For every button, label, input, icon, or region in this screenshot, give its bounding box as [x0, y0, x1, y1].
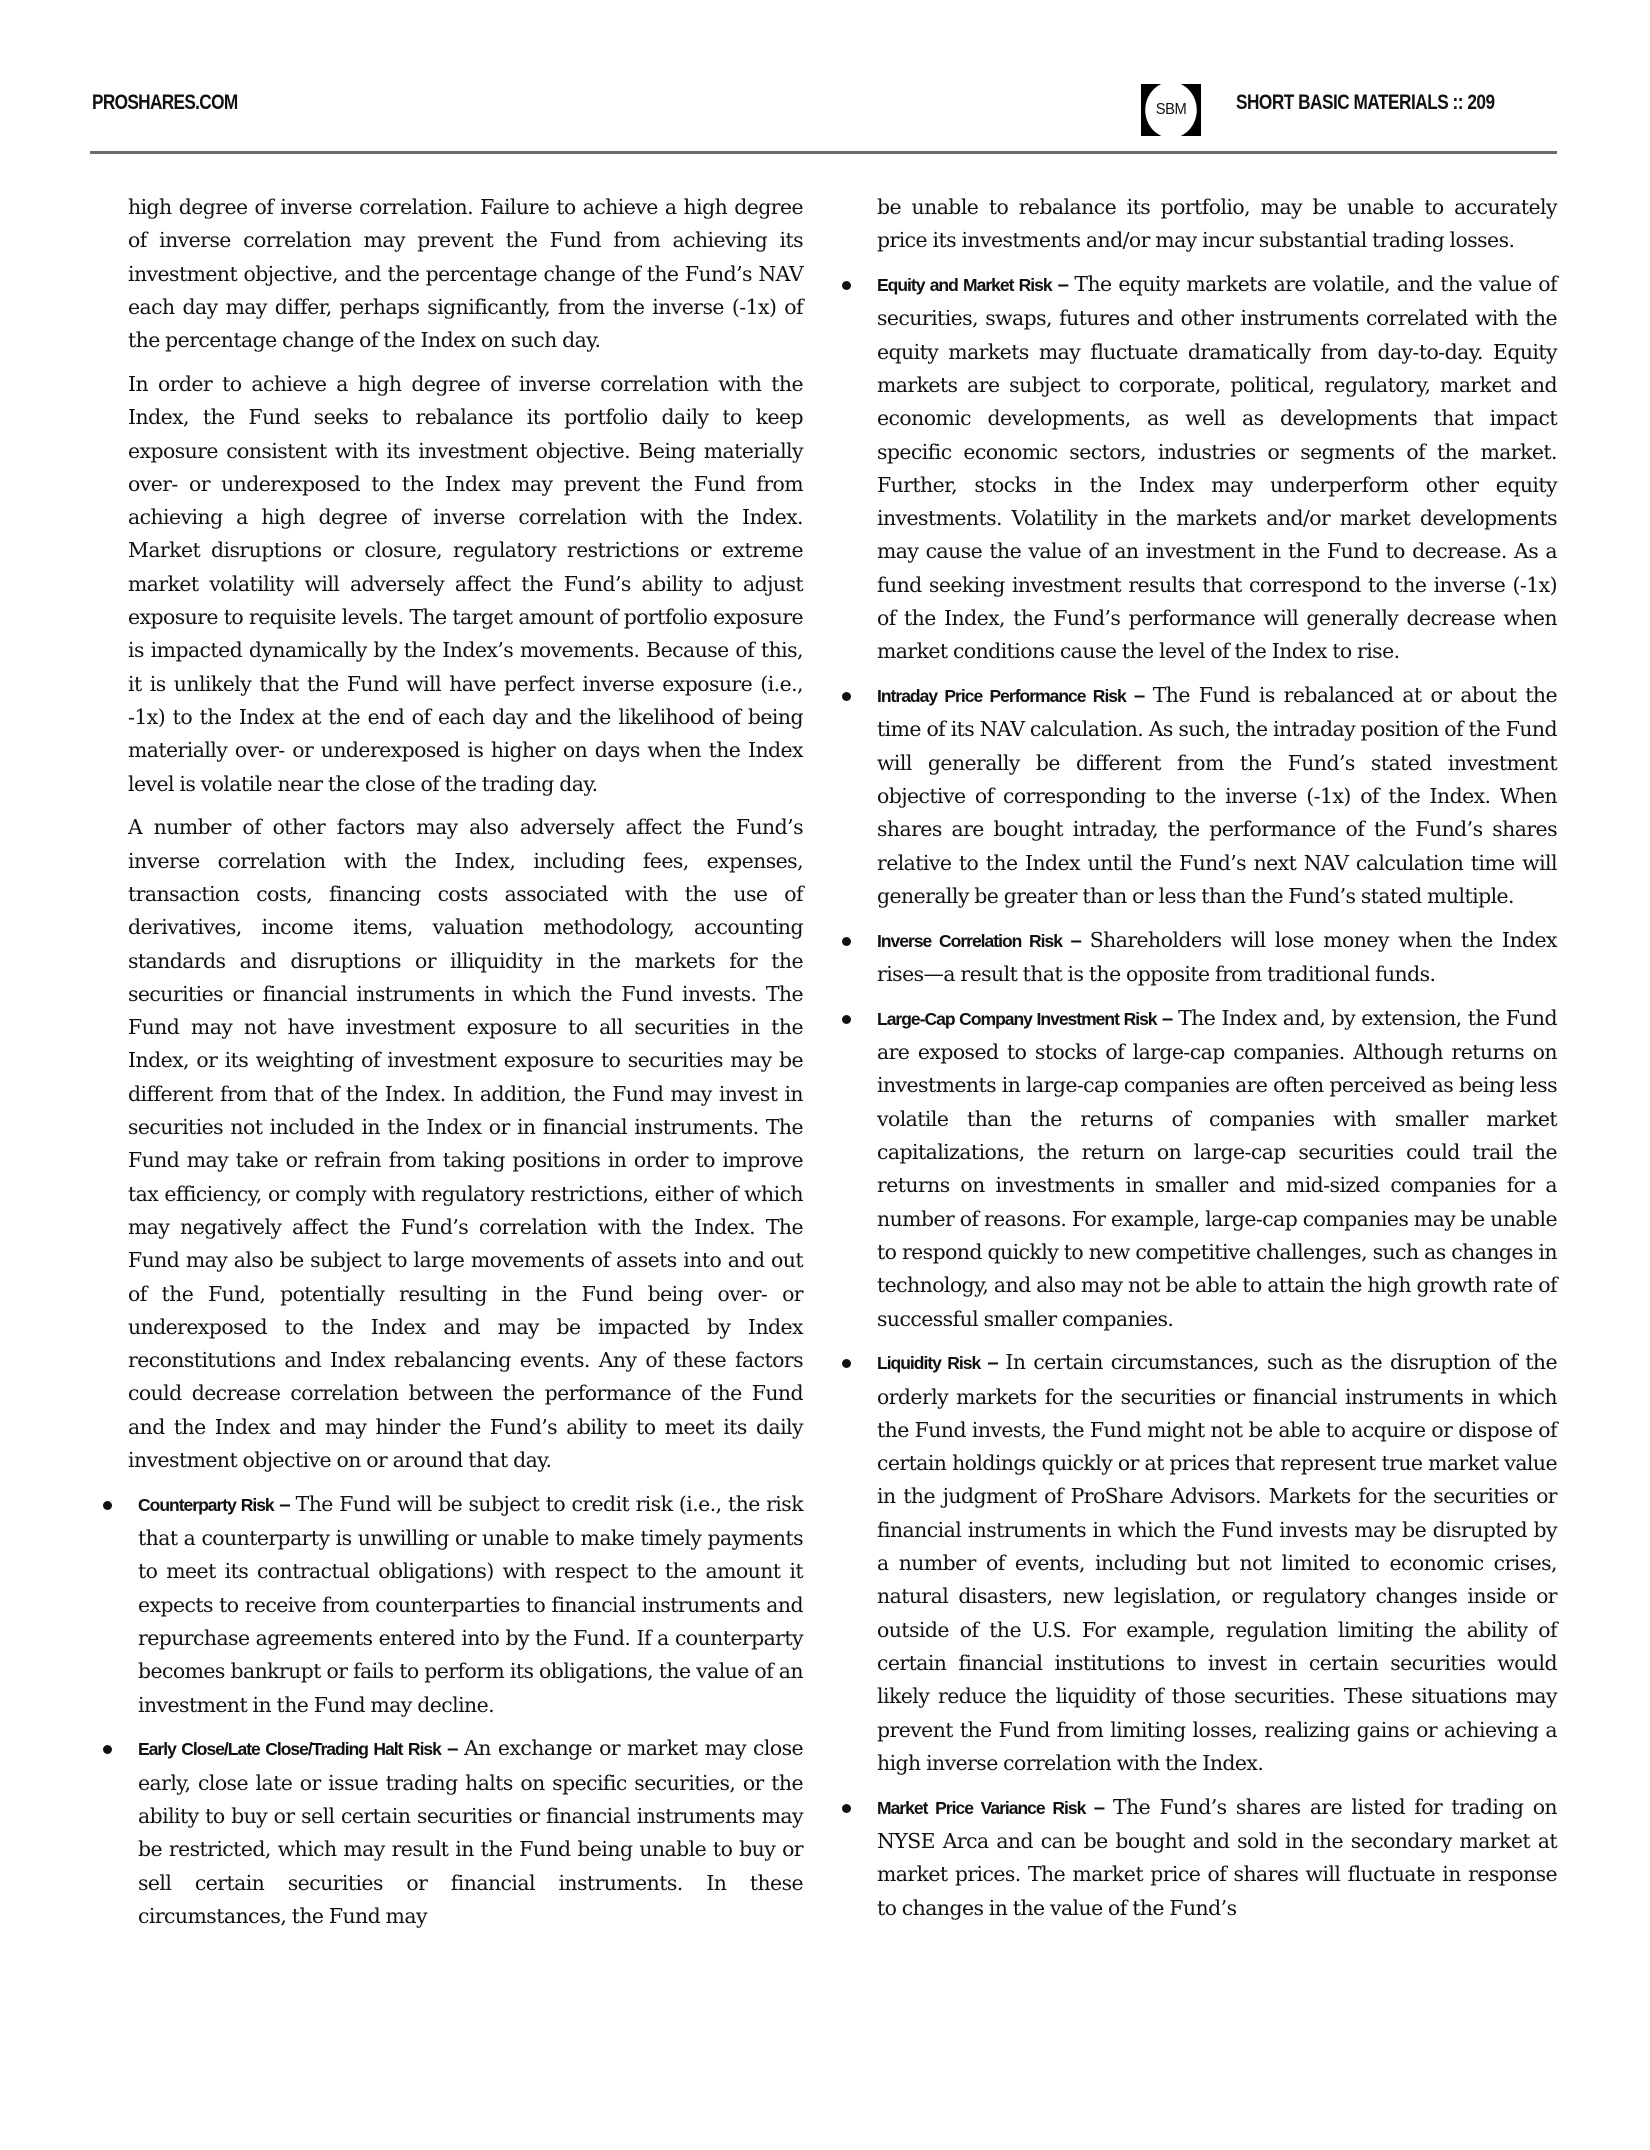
risk-description: In certain circumstances, such as the di… [877, 1350, 1557, 1775]
em-dash: – [1085, 1797, 1113, 1819]
risk-term: Liquidity Risk [877, 1353, 980, 1373]
risk-term: Counterparty Risk [138, 1495, 274, 1515]
risk-item-large-cap: Large-Cap Company Investment Risk – The … [830, 1002, 1557, 1336]
bullet-icon [842, 937, 851, 946]
right-column: be unable to rebalance its portfolio, ma… [830, 191, 1557, 1935]
bullet-icon [842, 1804, 851, 1813]
bullet-icon [842, 1015, 851, 1024]
site-name: PROSHARES.COM [92, 91, 238, 115]
risk-term: Early Close/Late Close/Trading Halt Risk [138, 1739, 441, 1759]
risk-item-market-price-variance: Market Price Variance Risk – The Fund’s … [830, 1791, 1557, 1925]
risk-item-equity-market: Equity and Market Risk – The equity mark… [830, 268, 1557, 669]
em-dash: – [1126, 685, 1153, 707]
risk-description: The Fund will be subject to credit risk … [138, 1492, 803, 1717]
risk-item-intraday-price: Intraday Price Performance Risk – The Fu… [830, 679, 1557, 913]
risk-item-early-close: Early Close/Late Close/Trading Halt Risk… [91, 1732, 803, 1933]
risk-description: The Index and, by extension, the Fund ar… [877, 1006, 1557, 1331]
risk-item-counterparty: Counterparty Risk – The Fund will be sub… [91, 1488, 803, 1722]
em-dash: – [1157, 1008, 1179, 1030]
risk-term: Intraday Price Performance Risk [877, 686, 1126, 706]
bullet-icon [103, 1745, 112, 1754]
risk-description: The Fund is rebalanced at or about the t… [877, 683, 1557, 908]
em-dash: – [980, 1352, 1005, 1374]
paragraph: In order to achieve a high degree of inv… [128, 368, 803, 801]
paragraph: high degree of inverse correlation. Fail… [128, 191, 803, 357]
left-column: high degree of inverse correlation. Fail… [128, 191, 803, 1944]
bullet-icon [103, 1501, 112, 1510]
page-header: PROSHARES.COM SBM SHORT BASIC MATERIALS … [0, 0, 1650, 160]
paragraph: A number of other factors may also adver… [128, 811, 803, 1477]
em-dash: – [274, 1494, 296, 1516]
continued-paragraph: be unable to rebalance its portfolio, ma… [830, 191, 1557, 258]
risk-term: Inverse Correlation Risk [877, 931, 1062, 951]
bullet-icon [842, 1359, 851, 1368]
em-dash: – [1052, 274, 1075, 296]
header-divider [90, 151, 1557, 154]
risk-description: An exchange or market may close early, c… [138, 1736, 803, 1927]
em-dash: – [441, 1738, 464, 1760]
bullet-icon [842, 692, 851, 701]
running-header-title: SHORT BASIC MATERIALS :: 209 [1236, 91, 1495, 115]
bullet-icon [842, 281, 851, 290]
risk-term: Large-Cap Company Investment Risk [877, 1009, 1157, 1029]
risk-item-liquidity: Liquidity Risk – In certain circumstance… [830, 1346, 1557, 1780]
em-dash: – [1062, 930, 1090, 952]
risk-item-inverse-correlation: Inverse Correlation Risk – Shareholders … [830, 924, 1557, 992]
risk-term: Market Price Variance Risk [877, 1798, 1085, 1818]
risk-description: The equity markets are volatile, and the… [877, 272, 1557, 663]
risk-term: Equity and Market Risk [877, 275, 1052, 295]
fund-logo-badge: SBM [1141, 84, 1201, 136]
fund-ticker-logo: SBM [1145, 82, 1197, 138]
